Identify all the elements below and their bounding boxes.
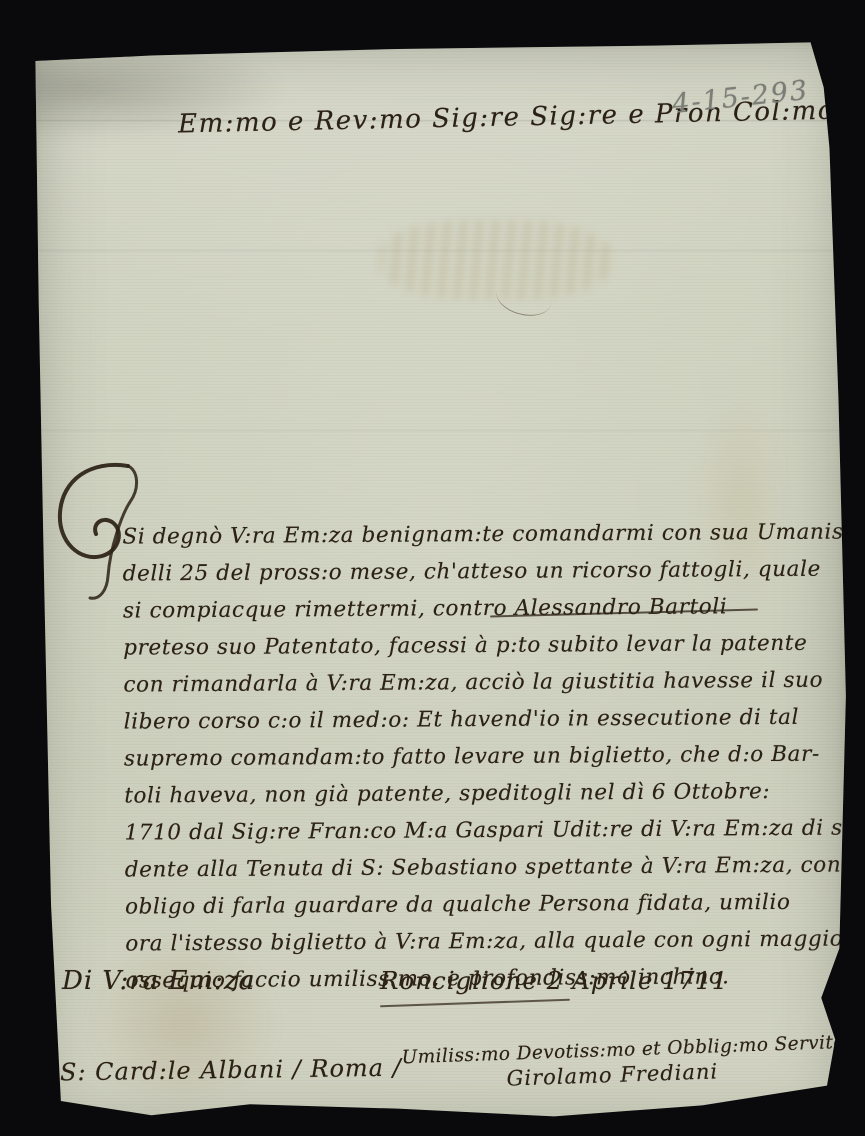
fold-crease <box>28 250 850 253</box>
fold-crease <box>28 430 850 433</box>
body-line: ora l'istesso biglietto à V:ra Em:za, al… <box>125 920 855 962</box>
body-line: delli 25 del pross:o mese, ch'atteso un … <box>123 550 853 592</box>
signature-block: Umiliss:mo Devotiss:mo et Obblig:mo Serv… <box>401 1033 822 1095</box>
pen-mark <box>493 274 556 322</box>
body-line: con rimandarla à V:ra Em:za, acciò la gi… <box>123 661 853 703</box>
body-line: Si degnò V:ra Em:za benignam:te comandar… <box>122 513 852 555</box>
body-line: preteso suo Patentato, facessi à p:to su… <box>123 624 853 666</box>
letter-paper: Em:mo e Rev:mo Sig:re Sig:re e Pron Col:… <box>28 38 850 1135</box>
closing-salutation: Di V:ra Em:za <box>62 966 255 996</box>
ink-showthrough-stain <box>380 220 610 300</box>
letter-body: Si degnò V:ra Em:za benignam:te comandar… <box>122 513 855 999</box>
body-line: libero corso c:o il med:o: Et havend'io … <box>124 698 854 740</box>
address-line: S: Card:le Albani / Roma / <box>60 1054 402 1087</box>
body-line: supremo comandam:to fatto levare un bigl… <box>124 735 854 777</box>
dateline-flourish <box>380 999 570 1008</box>
body-line: obligo di farla guardare da qualche Pers… <box>125 883 855 925</box>
body-line: 1710 dal Sig:re Fran:co M:a Gaspari Udit… <box>124 809 854 851</box>
body-line: dente alla Tenuta di S: Sebastiano spett… <box>125 846 855 888</box>
document-scan: { "archival_number": "4-15-293", "headin… <box>0 0 865 1136</box>
body-line: toli haveva, non già patente, speditogli… <box>124 772 854 814</box>
dateline: Ronciglione 2 Aprile 1711 <box>380 966 728 995</box>
